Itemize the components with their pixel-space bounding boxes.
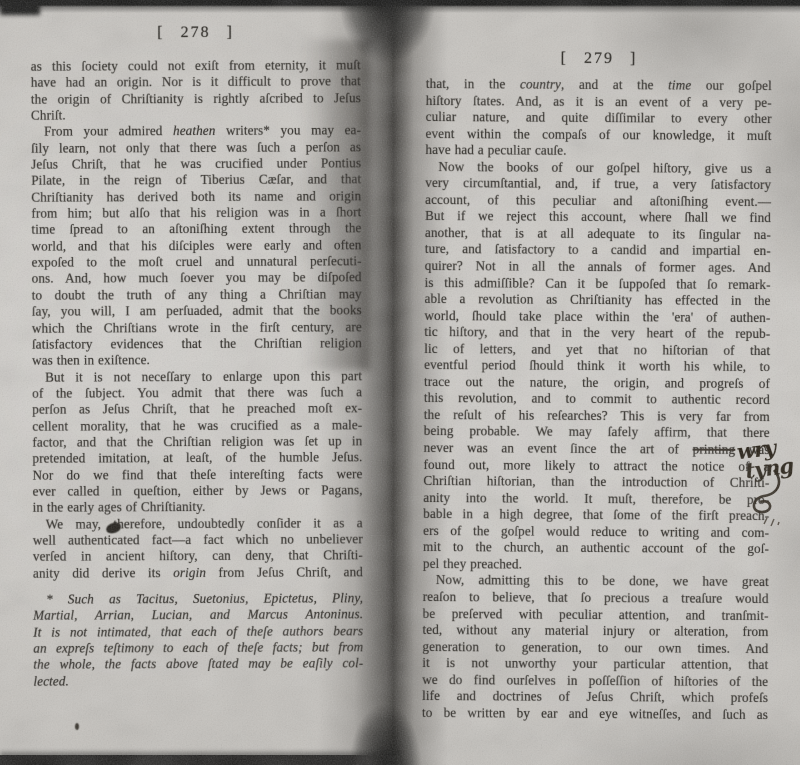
text-line: culiar nature, and quite diſſimilar to e… [426, 109, 772, 128]
text-line: Jeſus Chriſt, that he was crucified unde… [31, 155, 361, 173]
book-scan-spread: [ 278 ] as this ſociety could not exiſt … [0, 0, 800, 765]
ink-speck [75, 723, 79, 730]
text-line: to doubt the truth of any thing a Chriſt… [32, 286, 362, 304]
text-line: lic of letters, and yet that no hiſtoria… [424, 341, 770, 360]
right-text-column: that, in the country, and at the time ou… [422, 76, 772, 723]
page-right: [ 279 ] that, in the country, and at the… [422, 49, 772, 723]
scan-edge-top-left [0, 0, 40, 15]
text-line: well authenticated fact—a fact which no … [33, 531, 363, 549]
page-number-right: [ 279 ] [426, 49, 772, 69]
struck-out-word: printing [693, 442, 736, 457]
text-line: another, that is at all adequate to its … [425, 225, 771, 244]
text-line: bable in a high degree, that ſome of the… [423, 506, 769, 525]
text-line: Now the books of our goſpel hiſtory, giv… [425, 159, 771, 178]
text-line: factor, and that the Chriſtian religion … [32, 433, 362, 451]
page-right-content: [ 279 ] that, in the country, and at the… [422, 49, 772, 723]
text-line: It is not intimated, that each of theſe … [33, 623, 363, 641]
text-line: account, of this peculiar and aſtoniſhin… [425, 192, 771, 211]
text-line: But it is not neceſſary to enlarge upon … [32, 368, 362, 386]
text-line: tic hiſtory, and that in the very heart … [424, 324, 770, 343]
text-line: have had a peculiar cauſe. [425, 142, 771, 161]
text-line: mit to the church, an authentic account … [423, 539, 769, 558]
text-line: from him; but alſo that his religion was… [31, 204, 361, 222]
text-line: being probable. We may ſafely affirm, th… [424, 423, 770, 442]
paragraph: We may, therefore, undoubtedly conſider … [33, 515, 363, 582]
text-line: ons. And, how much ſoever you may be diſ… [32, 270, 362, 288]
text-line: cellent morality, that he was crucified … [32, 417, 362, 435]
text-line: which the Chriſtians wrote in the firſt … [32, 319, 362, 337]
paragraph: as this ſociety could not exiſt from ete… [31, 57, 361, 124]
text-line: to be written by ear and eye witneſſes, … [422, 705, 768, 724]
left-text-column: as this ſociety could not exiſt from ete… [31, 57, 363, 581]
text-line: the reſult of his reſearches? This is ve… [424, 407, 770, 426]
text-line: ture, and ſatisfactory to a candid and i… [425, 241, 771, 260]
text-line: that, in the country, and at the time ou… [426, 76, 772, 95]
text-line: ſay, you will, I am perſuaded, admit tha… [32, 302, 362, 320]
text-line: ever called in queſtion, either by Jews … [33, 482, 363, 500]
text-line: quirer? Not in all the annals of former … [425, 258, 771, 277]
text-line: ſily learn, not only that there was ſuch… [31, 139, 361, 157]
scan-edge-top [0, 0, 800, 14]
text-line: we do find ourſelves in poſſeſſion of hi… [422, 672, 768, 691]
text-line: eventful period ſhould think it worth hi… [424, 357, 770, 376]
page-number-left: [ 278 ] [31, 23, 361, 42]
text-line: was then in exiſtence. [32, 351, 362, 369]
text-line: hiſtory ſtates. And, as it is an event o… [426, 92, 772, 111]
text-line: Nor do we find that theſe intereſting fa… [32, 466, 362, 484]
text-line: lected. [33, 672, 363, 690]
text-line: perſon as Jeſus Chriſt, that he preached… [32, 400, 362, 418]
text-line: But if we reject this account, where ſha… [425, 208, 771, 227]
text-line: ted, without any material injury or alte… [422, 622, 768, 641]
text-line: in the early ages of Chriſtianity. [33, 499, 363, 517]
text-line: generation to generation, to our own tim… [422, 639, 768, 658]
text-line: anity into the world. It muſt, therefore… [423, 490, 769, 509]
text-line: pretended imitation, at leaſt, of the hu… [32, 450, 362, 468]
text-line: of the ſubject. You admit that there was… [32, 384, 362, 402]
text-line: able a revolution as Chriſtianity has ef… [424, 291, 770, 310]
text-line: time ſpread to an aſtoniſhing extent thr… [31, 221, 361, 239]
text-line: trace out the nature, the origin, and pr… [424, 374, 770, 393]
paragraph: Now, admitting this to be done, we have … [422, 572, 769, 723]
paragraph: * Such as Tacitus, Suetonius, Epictetus,… [33, 590, 363, 690]
text-line: * Such as Tacitus, Suetonius, Epictetus,… [33, 590, 363, 608]
text-line: very circumſtantial, and, if true, a ver… [425, 175, 771, 194]
text-line: We may, therefore, undoubtedly conſider … [33, 515, 363, 533]
text-line: From your admired heathen writers* you m… [31, 123, 361, 141]
text-line: found out, more likely to attract the no… [423, 457, 769, 476]
text-line: anity did derive its origin from Jeſus C… [33, 564, 363, 582]
text-line: an expreſs teſtimony to each of theſe fa… [33, 639, 363, 657]
scan-edge-bottom [0, 755, 400, 765]
text-line: verſed in ancient hiſtory, can deny, tha… [33, 548, 363, 566]
text-line: as this ſociety could not exiſt from ete… [31, 57, 361, 75]
text-line: Now, admitting this to be done, we have … [423, 572, 769, 591]
text-line: Chriſt. [31, 106, 361, 124]
text-line: the whole, the facts above ſtated may be… [33, 656, 363, 674]
text-line: this revolution, and to commit to authen… [424, 390, 770, 409]
text-line: Martial, Arrian, Lucian, and Marcus Anto… [33, 607, 363, 625]
paragraph: But it is not neceſſary to enlarge upon … [32, 368, 363, 517]
text-line: world, ſhould take place within the 'era… [424, 308, 770, 327]
pen-flourish [744, 468, 790, 538]
paragraph: From your admired heathen writers* you m… [31, 123, 362, 370]
text-line: never was an event ſince the art of prin… [424, 440, 770, 459]
text-line: be preſerved with peculiar attention, an… [423, 605, 769, 624]
footnote-block: * Such as Tacitus, Suetonius, Epictetus,… [33, 590, 363, 690]
text-line: is this admiſſible? Can it be ſuppoſed t… [425, 275, 771, 294]
text-line: ers of the goſpel would reduce to writin… [423, 523, 769, 542]
paragraph: Now the books of our goſpel hiſtory, giv… [423, 159, 772, 575]
text-line: the origin of Chriſtianity is rightly aſ… [31, 90, 361, 108]
text-line: expoſed to the moſt cruel and unnatural … [32, 253, 362, 271]
text-line: pel they preached. [423, 556, 769, 575]
paragraph: that, in the country, and at the time ou… [425, 76, 771, 161]
text-line: ſatisfactory evidences that the Chriſtia… [32, 335, 362, 353]
text-line: Pilate, in the reign of Tiberius Cæſar, … [31, 172, 361, 190]
text-line: Chriſtianity has derived both its name a… [31, 188, 361, 206]
text-line: life and doctrines of Jeſus Chriſt, whic… [422, 688, 768, 707]
page-left: [ 278 ] as this ſociety could not exiſt … [31, 23, 364, 689]
text-line: it is not unworthy your particular atten… [422, 655, 768, 674]
page-left-content: [ 278 ] as this ſociety could not exiſt … [31, 23, 364, 689]
text-line: event within the compaſs of our knowledg… [425, 126, 771, 145]
text-line: Chriſtian hiſtorian, than the introducti… [423, 473, 769, 492]
text-line: reaſon to believe, that ſo precious a tr… [423, 589, 769, 608]
text-line: have had an origin. Nor is it difficult … [31, 74, 361, 92]
text-line: world, and that his diſciples were early… [31, 237, 361, 255]
